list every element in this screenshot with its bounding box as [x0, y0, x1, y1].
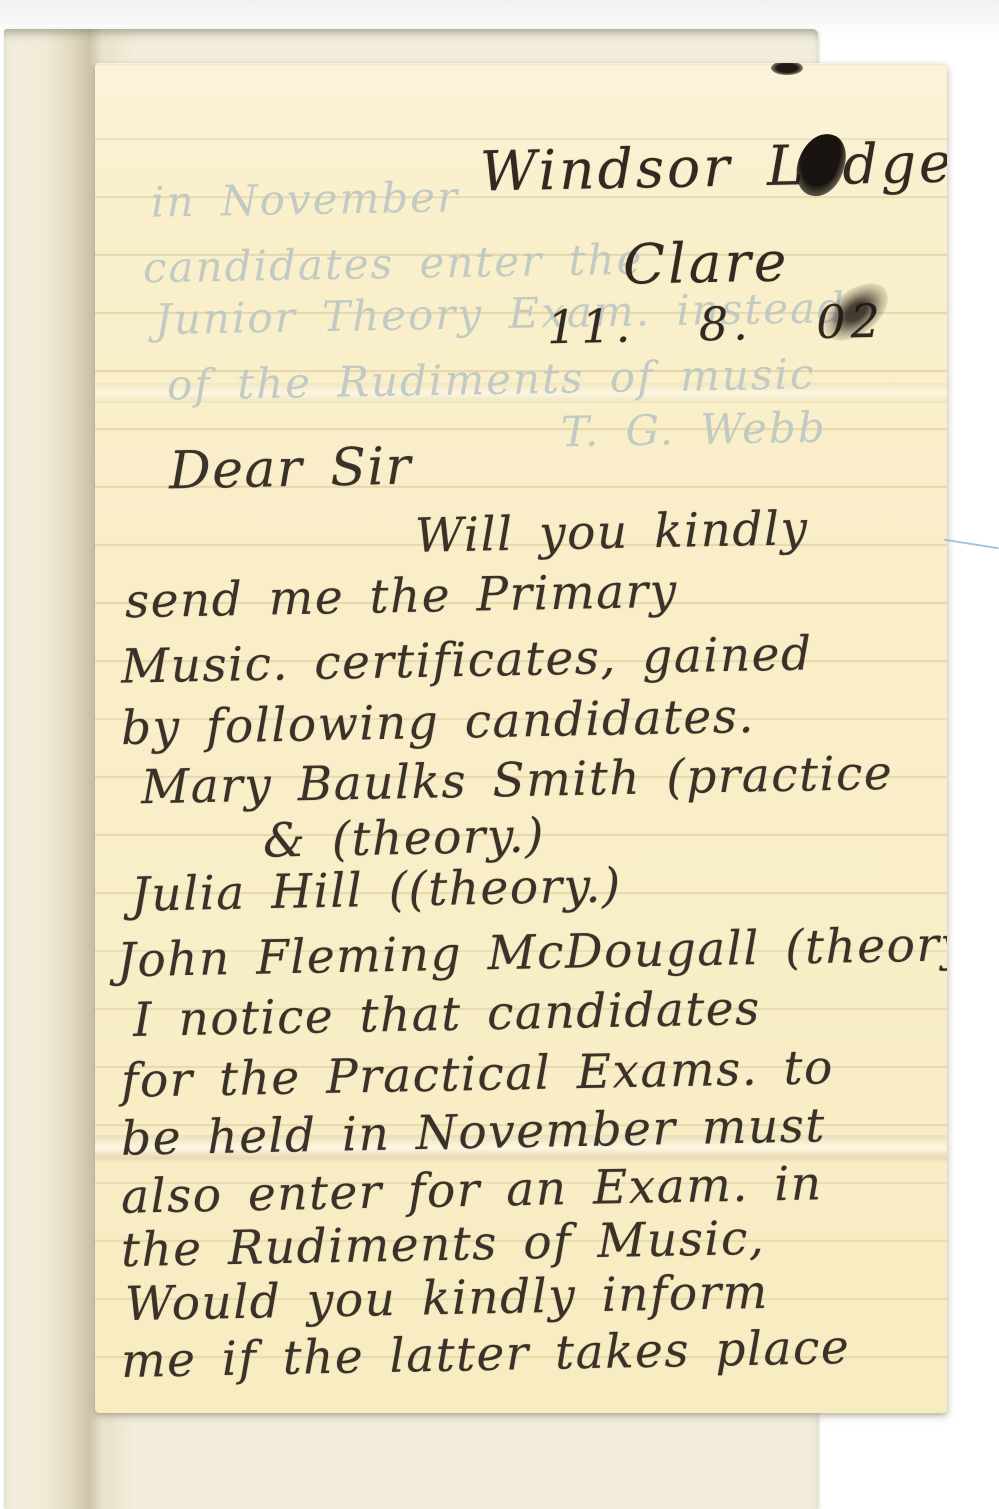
- body-line: by following candidates.: [121, 689, 756, 756]
- bleedthrough-line: T. G. Webb: [561, 403, 827, 457]
- body-line: Mary Baulks Smith (practice: [141, 746, 894, 815]
- scan-area: in November candidates enter the Junior …: [0, 0, 999, 1509]
- ink-blot-top-edge: [771, 63, 803, 75]
- blue-pen-mark: [944, 539, 999, 550]
- body-line: I notice that candidates: [133, 981, 762, 1048]
- bleedthrough-line: candidates enter the: [143, 235, 644, 293]
- body-line: for the Practical Exams. to: [121, 1040, 835, 1109]
- body-line: John Fleming McDougall (theory): [117, 917, 947, 989]
- heading-place-line: Windsor Lodge: [479, 130, 947, 203]
- body-line: Julia Hill ((theory.): [131, 858, 623, 922]
- salutation-line: Dear Sir: [168, 437, 412, 502]
- bleedthrough-line: in November: [151, 172, 460, 226]
- scan-background: { "document_type": "scanned handwritten …: [0, 0, 999, 1509]
- body-line: Will you kindly: [415, 501, 810, 564]
- body-line: send me the Primary: [125, 564, 679, 630]
- body-line: me if the latter takes place: [121, 1320, 851, 1389]
- heading-town-line: Clare: [622, 229, 790, 296]
- letter-page: in November candidates enter the Junior …: [95, 63, 947, 1413]
- body-line: Music. certificates, gained: [121, 626, 813, 694]
- body-line: Would you kindly inform: [125, 1265, 770, 1332]
